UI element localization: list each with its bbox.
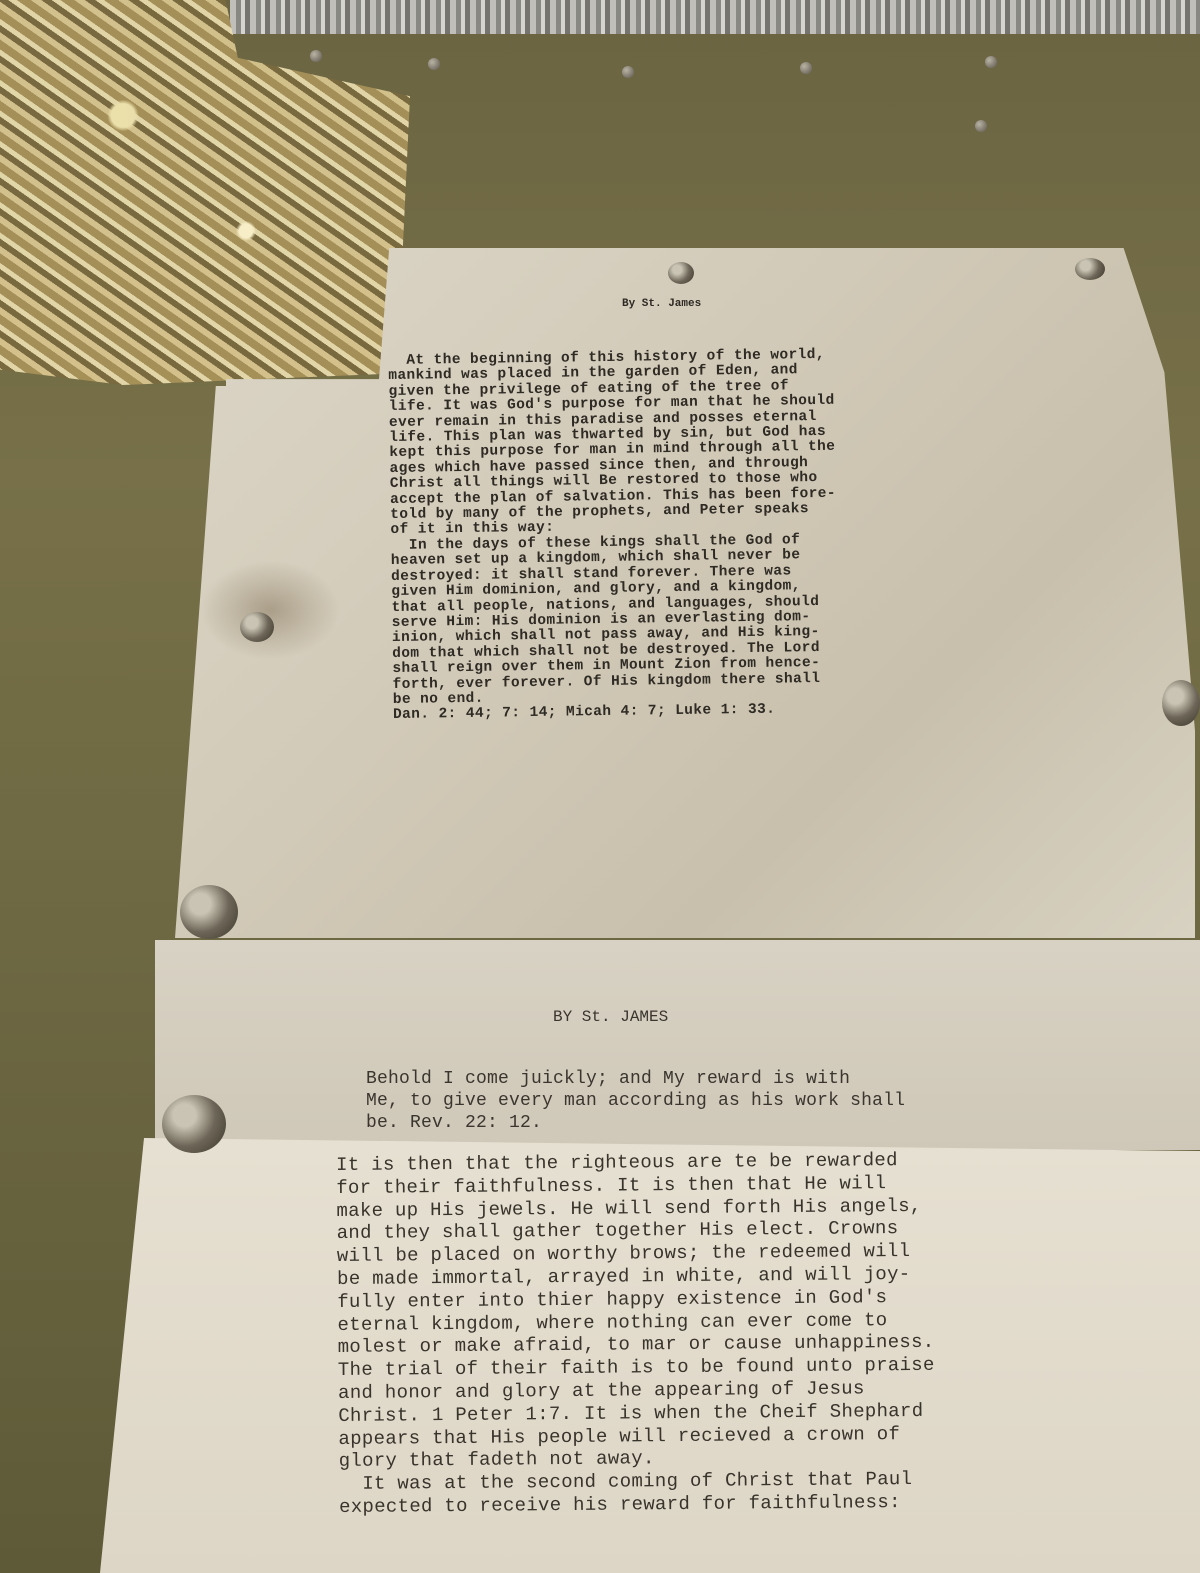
rivet-icon [668, 262, 694, 284]
document-1-body: At the beginning of this history of the … [388, 348, 839, 724]
document-1-title: By St. James [622, 298, 701, 310]
rivet-icon [240, 612, 274, 642]
text-line: Behold I come juickly; and My reward is … [366, 1068, 905, 1090]
rivet-icon [1075, 258, 1105, 280]
rivet-icon [180, 885, 238, 939]
silver-foil-decoration [230, 0, 1200, 34]
page-stain [200, 560, 340, 660]
document-2-body: Behold I come juickly; and My reward is … [366, 1068, 905, 1134]
rivet-icon [975, 120, 987, 132]
rivet-icon [162, 1095, 226, 1153]
rivet-icon [985, 56, 997, 68]
document-2-title: BY St. JAMES [553, 1008, 668, 1026]
rivet-icon [310, 50, 322, 62]
rivet-icon [800, 62, 812, 74]
rivet-icon [1162, 680, 1200, 726]
rivet-icon [622, 66, 634, 78]
text-line: Me, to give every man according as his w… [366, 1090, 905, 1112]
document-3-body: It is then that the righteous are te be … [336, 1149, 936, 1519]
text-line: be. Rev. 22: 12. [366, 1112, 905, 1134]
rivet-icon [428, 58, 440, 70]
gold-foil-decoration [0, 0, 410, 385]
